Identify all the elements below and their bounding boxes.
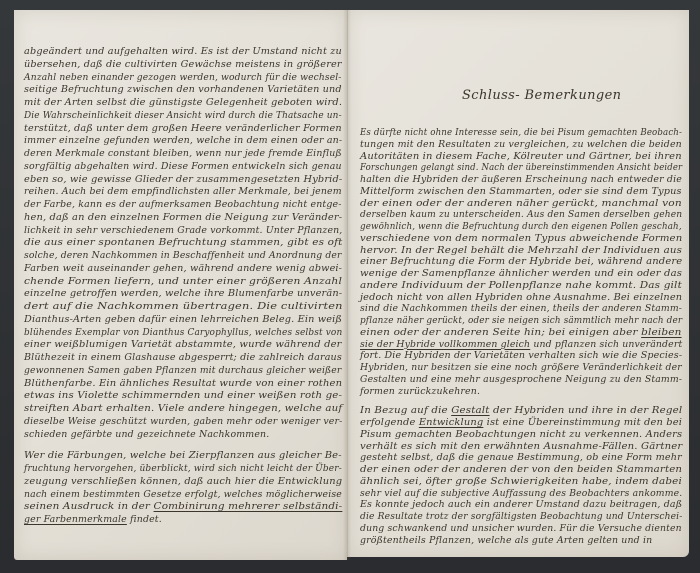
section-title: Schluss- Bemerkungen — [462, 88, 621, 103]
manuscript-line: deren Merkmale constant bleiben, wenn nu… — [24, 148, 342, 159]
manuscript-line: dung schwankend und unsicher wurden. Für… — [360, 523, 682, 534]
manuscript-line: jedoch nicht von allen Hybriden ohne Aus… — [360, 292, 682, 303]
manuscript-line: Wer die Färbungen, welche bei Zierpflanz… — [24, 450, 342, 461]
manuscript-line: Es dürfte nicht ohne Interesse sein, die… — [360, 127, 682, 138]
manuscript-line: Hybriden, nur besitzen sie eine noch grö… — [360, 362, 682, 373]
manuscript-line: der einen oder der anderen der von den b… — [360, 464, 682, 475]
manuscript-line: andere Individuum der Pollenpflanze nahe… — [360, 280, 682, 291]
manuscript-line: ähnlich sei, öfter große Schwierigkeiten… — [360, 476, 682, 487]
manuscript-line: einzelne getroffen werden, welche ihre B… — [24, 288, 342, 299]
manuscript-line: verhält es sich mit den erwähnten Ausnah… — [360, 441, 682, 452]
manuscript-line: Farben weit auseinander gehen, während a… — [24, 263, 342, 274]
underlined-phrase: Gestalt — [451, 405, 489, 416]
manuscript-line: verschiedene von dem normalen Typus abwe… — [360, 233, 682, 244]
manuscript-line: chende Formen liefern, und unter einer g… — [24, 276, 342, 287]
manuscript-line: gewonnenen Samen gaben Pflanzen mit durc… — [24, 365, 341, 376]
manuscript-line: sind die Nachkommen theils der einen, th… — [360, 303, 682, 314]
manuscript-line: lichkeit in sehr verschiedenem Grade vor… — [24, 225, 342, 236]
manuscript-line: solche, deren Nachkommen in Beschaffenhe… — [24, 250, 342, 261]
manuscript-line: Anzahl neben einander gezogen werden, wo… — [24, 72, 342, 83]
manuscript-line: seinen Ausdruck in der Combinirung mehre… — [24, 501, 342, 512]
underlined-phrase: Combinirung mehrerer selbständi- — [154, 501, 343, 512]
manuscript-line: Mittelform zwischen den Stammarten, oder… — [360, 186, 682, 197]
manuscript-line: eben so, wie gewisse Glieder der zusamme… — [24, 174, 342, 185]
manuscript-line: ger Farbenmerkmale findet. — [24, 514, 162, 525]
manuscript-line: sorgfältig abgehalten wird. Diese Formen… — [24, 161, 342, 172]
manuscript-line: hervor. In der Regel behält die Mehrzahl… — [360, 245, 682, 256]
manuscript-line: sie der Hybride vollkommen gleich und pf… — [360, 339, 682, 350]
manuscript-line: Blüthenfarbe. Ein ähnliches Resultat wur… — [24, 378, 342, 389]
underlined-phrase: bleiben — [641, 327, 681, 338]
manuscript-line: Blüthezeit in einem Glashause abgesperrt… — [24, 352, 342, 363]
manuscript-line: seitige Befruchtung zwischen den vorhand… — [24, 84, 342, 95]
manuscript-line: Autoritäten in diesem Fache, Kölreuter u… — [360, 151, 682, 162]
manuscript-line: dieselbe Weise geschützt wurden, gaben m… — [24, 416, 342, 427]
underlined-phrase: Entwicklung — [419, 417, 484, 428]
manuscript-line: mit der Arten selbst die günstigste Gele… — [24, 97, 342, 108]
manuscript-line: Dianthus-Arten geben dafür einen lehrrei… — [24, 314, 342, 325]
manuscript-line: der einen oder der anderen näher gerückt… — [360, 198, 682, 209]
manuscript-line: der Farbe, kann es der aufmerksamen Beob… — [24, 199, 342, 210]
manuscript-line: wenige der Samenpflanze ähnlicher werden… — [360, 268, 682, 279]
manuscript-line: gesteht selbst, daß die genaue Bestimmun… — [360, 452, 682, 463]
manuscript-line: schieden gefärbte und gezeichnete Nachko… — [24, 429, 269, 440]
manuscript-line: Es konnte jedoch auch ein anderer Umstan… — [360, 499, 682, 510]
manuscript-line: einer Befruchtung die Form der Hybride b… — [360, 256, 682, 267]
underlined-phrase: sie der Hybride vollkommen gleich — [360, 339, 530, 350]
manuscript-line: In Bezug auf die Gestalt der Hybriden un… — [360, 405, 682, 416]
manuscript-line: halten die Hybriden der äußeren Erschein… — [360, 174, 682, 185]
manuscript-line: einen oder der anderen Seite hin; bei ei… — [360, 327, 682, 338]
page-gutter — [343, 10, 351, 560]
manuscript-line: größtentheils Pflanzen, welche als gute … — [360, 535, 652, 546]
manuscript-line: erfolgende Entwicklung ist eine Übereins… — [360, 417, 682, 428]
manuscript-line: die aus einer spontanen Befruchtung stam… — [24, 237, 343, 248]
manuscript-line: terstützt, daß unter dem großen Heere ve… — [24, 123, 342, 134]
manuscript-line: Forschungen gelangt sind. Nach der übere… — [360, 162, 682, 173]
manuscript-line: formen zurückzukehren. — [360, 386, 480, 397]
manuscript-line: Die Wahrscheinlichkeit dieser Ansicht wi… — [24, 110, 342, 121]
manuscript-line: blühendes Exemplar von Dianthus Caryophy… — [24, 327, 342, 338]
manuscript-line: zeugung verschließen können, daß auch hi… — [24, 476, 342, 487]
manuscript-line: reihen. Auch bei dem empfindlichsten all… — [24, 186, 342, 197]
manuscript-line: gewöhnlich, wenn die Befruchtung durch d… — [360, 221, 682, 232]
manuscript-line: dert auf die Nachkommen übertragen. Die … — [24, 301, 343, 312]
manuscript-line: nach einem bestimmten Gesetze erfolgt, w… — [24, 489, 342, 500]
manuscript-line: übersehen, daß die cultivirten Gewächse … — [24, 59, 342, 70]
manuscript-line: sehr viel auf die subjective Auffassung … — [360, 488, 682, 499]
manuscript-line: pflanze näher gerückt, oder sie neigen s… — [360, 315, 682, 326]
manuscript-line: einer weißblumigen Varietät abstammte, w… — [24, 339, 342, 350]
manuscript-line: derselben kaum zu unterscheiden. Aus den… — [360, 209, 682, 220]
manuscript-line: fruchtung hervorgehen, überblickt, wird … — [24, 463, 342, 474]
manuscript-line: tungen mit den Resultaten zu vergleichen… — [360, 139, 682, 150]
manuscript-line: Pisum gemachten Beobachtungen nicht zu v… — [360, 429, 682, 440]
manuscript-line: etwas ins Violette schimmernden und eine… — [24, 390, 342, 401]
manuscript-line: hen, daß an den einzelnen Formen die Nei… — [24, 212, 342, 223]
manuscript-line: die Resultate trotz der sorgfältigsten B… — [360, 511, 682, 522]
manuscript-line: abgeändert und aufgehalten wird. Es ist … — [24, 46, 342, 57]
manuscript-line: fort. Die Hybriden der Varietäten verhal… — [360, 350, 682, 361]
underlined-phrase: ger Farbenmerkmale — [24, 514, 127, 525]
manuscript-line: immer einzelne gefunden werden, welche i… — [24, 135, 342, 146]
manuscript-line: Gestalten und eine mehr ausgesprochene N… — [360, 374, 682, 385]
manuscript-line: streiften Abart erhalten. Viele andere h… — [24, 403, 342, 414]
